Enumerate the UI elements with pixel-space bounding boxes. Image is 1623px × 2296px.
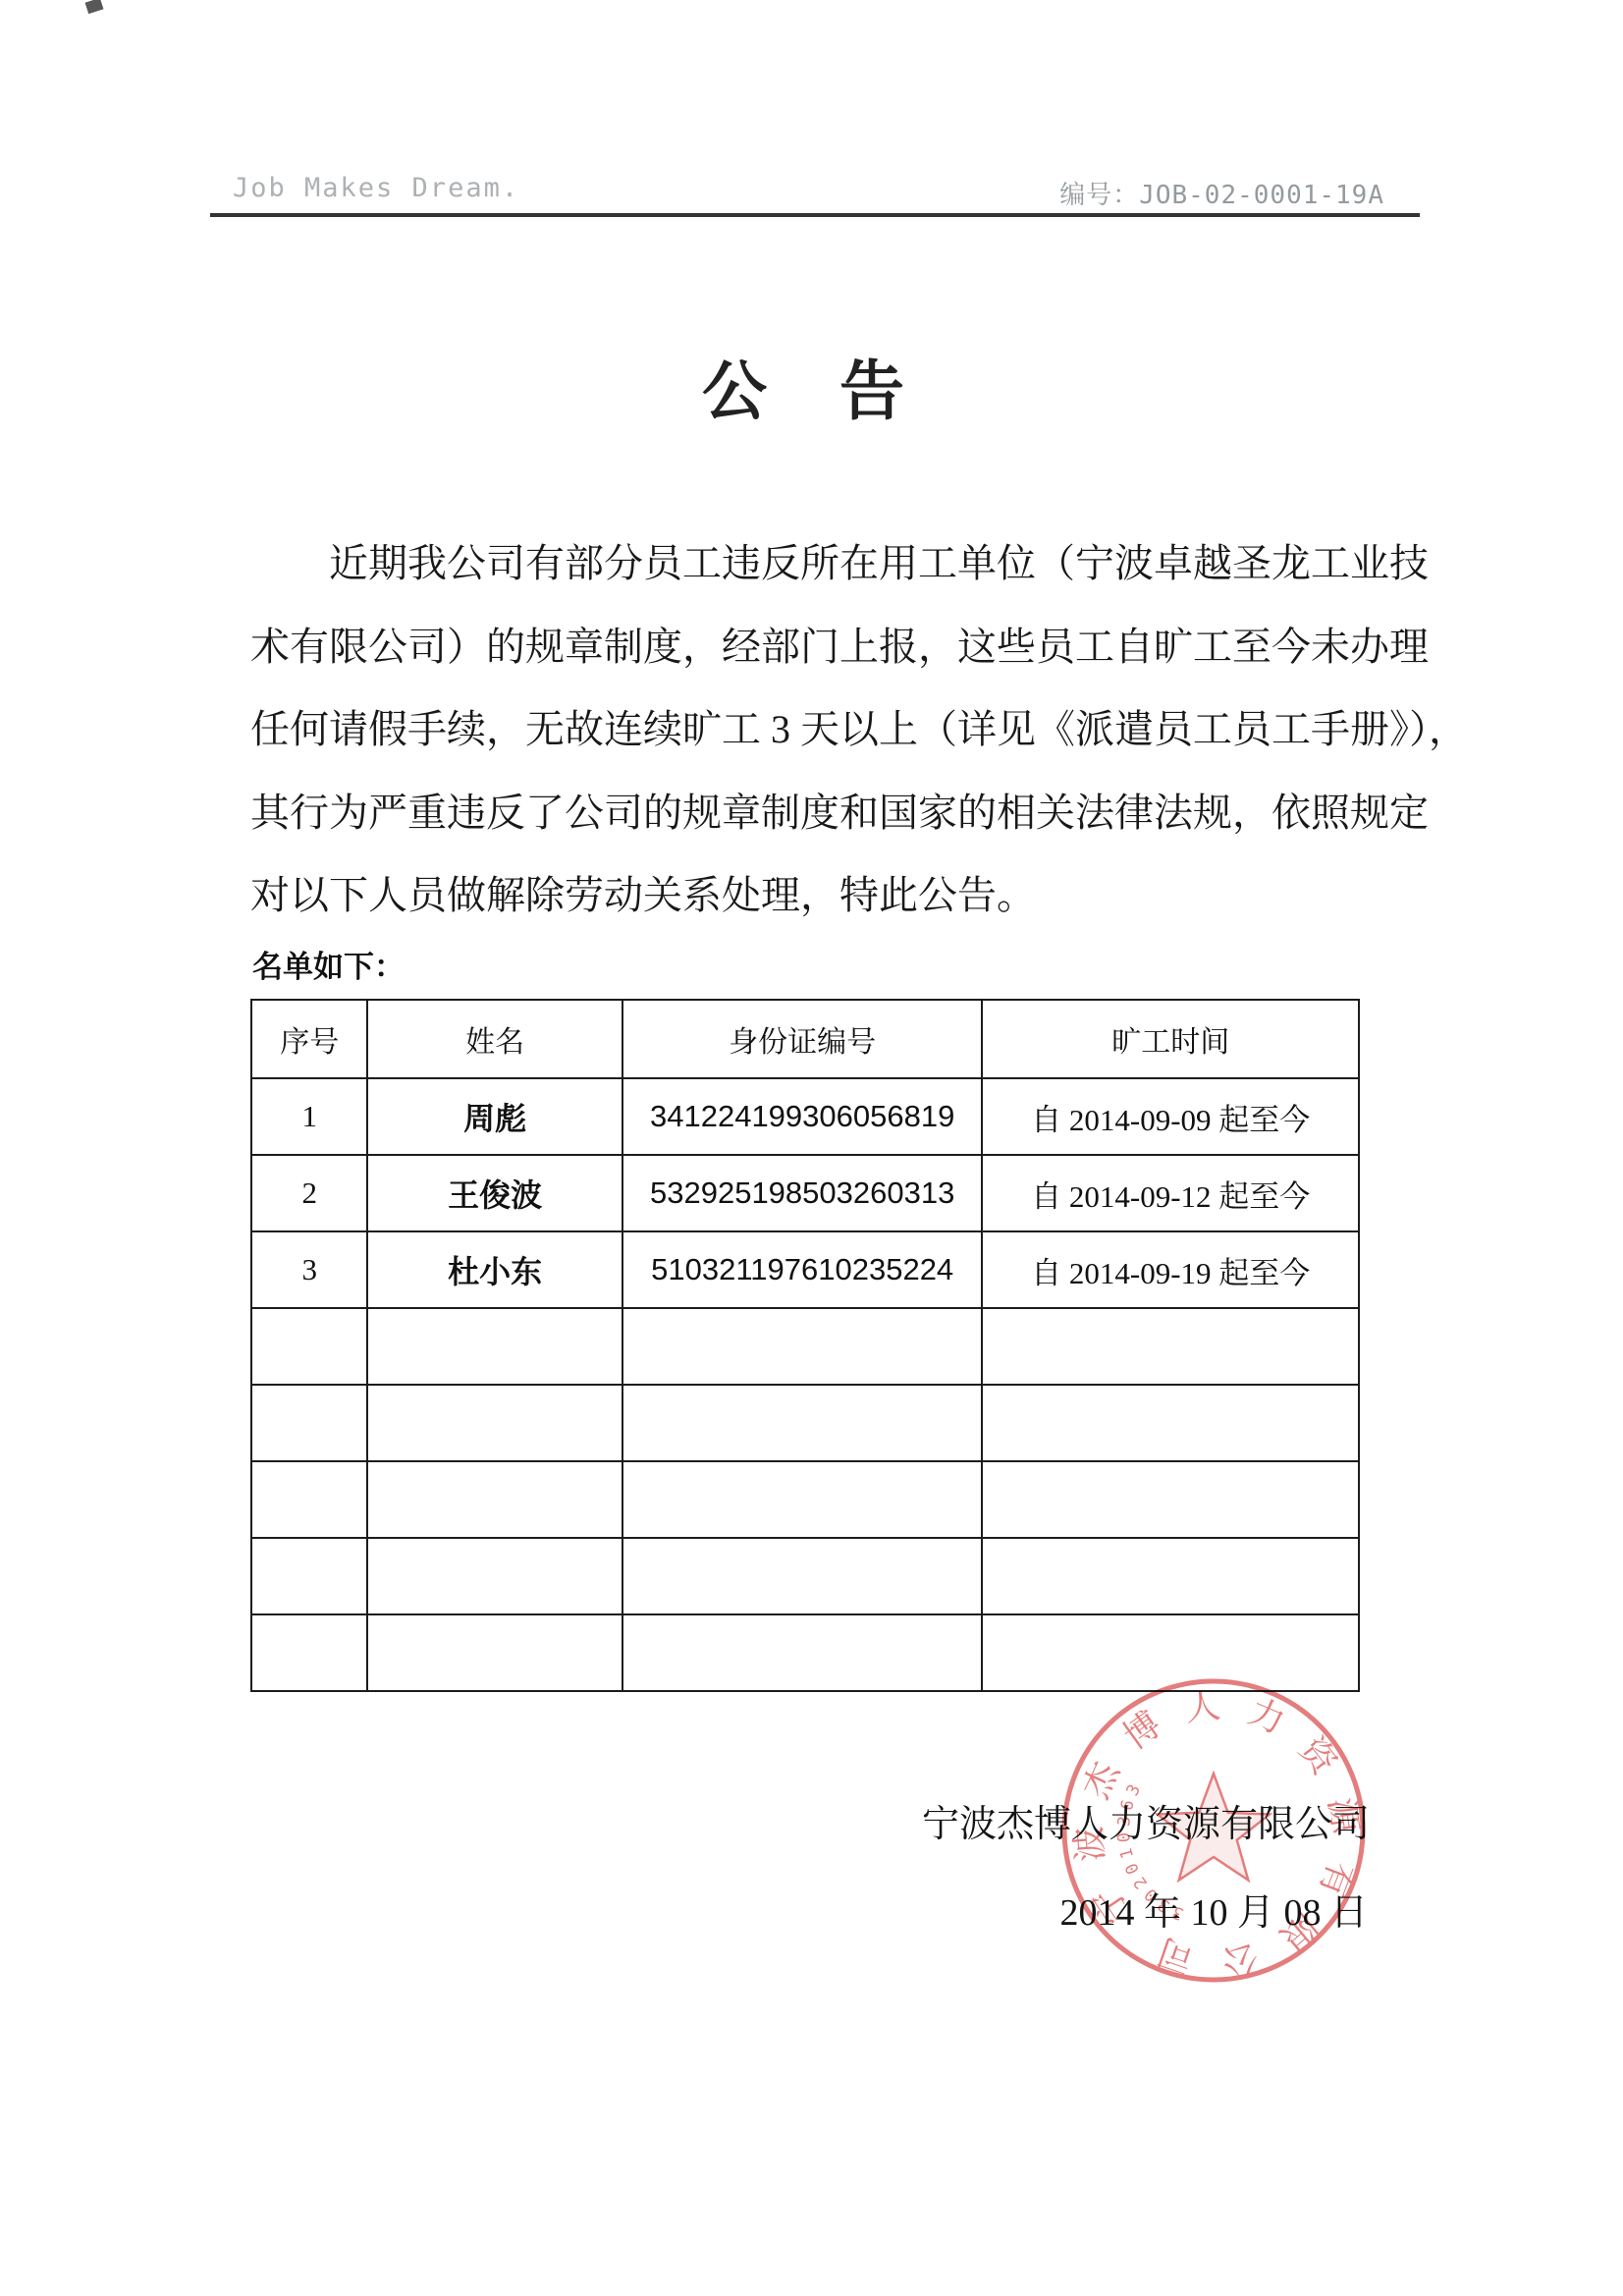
table-cell: 杜小东 [367,1231,622,1308]
body-line: 术有限公司）的规章制度，经部门上报，这些员工自旷工至今未办理 [250,622,1394,681]
empty-table-row [251,1308,1359,1385]
table-cell: 自 2014-09-12 起至今 [982,1155,1359,1231]
empty-table-cell [622,1461,983,1538]
empty-table-cell [982,1385,1359,1461]
col-header-index: 序号 [251,1000,367,1078]
list-label: 名单如下： [252,942,405,986]
empty-table-cell [982,1461,1359,1538]
letterhead-rule [210,213,1420,217]
table-cell: 1 [251,1078,367,1155]
empty-table-cell [982,1538,1359,1614]
empty-table-row [251,1538,1359,1614]
empty-table-cell [367,1385,622,1461]
scanned-notice-page: Job Makes Dream. 编号：JOB-02-0001-19A 公 告 … [0,0,1623,2296]
table-cell: 周彪 [367,1078,622,1155]
document-number: 编号：JOB-02-0001-19A [1059,175,1384,211]
empty-table-cell [251,1614,367,1691]
notice-table-body: 1周彪341224199306056819自 2014-09-09 起至今2王俊… [251,1078,1359,1691]
empty-table-cell [251,1461,367,1538]
table-cell: 2 [251,1155,367,1231]
letterhead-slogan: Job Makes Dream. [233,173,519,203]
body-line: 其行为严重违反了公司的规章制度和国家的相关法律法规，依照规定 [250,788,1394,847]
empty-table-cell [367,1461,622,1538]
empty-table-cell [622,1614,983,1691]
empty-table-cell [251,1385,367,1461]
table-cell: 自 2014-09-19 起至今 [982,1231,1359,1308]
body-line: 近期我公司有部分员工违反所在用工单位（宁波卓越圣龙工业技 [250,538,1394,597]
empty-table-cell [622,1308,983,1385]
empty-table-cell [251,1308,367,1385]
seal-star-icon [1158,1774,1270,1881]
company-seal-stamp: 宁波杰博人力资源有限公司 3302010363 [1047,1664,1380,1997]
empty-table-cell [367,1308,622,1385]
table-cell: 510321197610235224 [622,1231,983,1308]
table-cell: 自 2014-09-09 起至今 [982,1078,1359,1155]
empty-table-cell [367,1538,622,1614]
table-row: 1周彪341224199306056819自 2014-09-09 起至今 [251,1078,1359,1155]
dismissal-table: 序号 姓名 身份证编号 旷工时间 1周彪341224199306056819自 … [250,999,1360,1692]
empty-table-cell [982,1308,1359,1385]
empty-table-cell [622,1385,983,1461]
col-header-absence: 旷工时间 [982,1000,1359,1078]
empty-table-cell [367,1614,622,1691]
empty-table-cell [251,1538,367,1614]
table-header-row: 序号 姓名 身份证编号 旷工时间 [251,1000,1359,1078]
body-line: 对以下人员做解除劳动关系处理，特此公告。 [250,870,1394,929]
scan-artifact [85,0,104,14]
notice-title: 公 告 [250,339,1360,432]
empty-table-cell [622,1538,983,1614]
table-row: 2王俊波532925198503260313自 2014-09-12 起至今 [251,1155,1359,1231]
table-cell: 341224199306056819 [622,1078,983,1155]
col-header-id: 身份证编号 [622,1000,983,1078]
table-row: 3杜小东510321197610235224自 2014-09-19 起至今 [251,1231,1359,1308]
table-cell: 王俊波 [367,1155,622,1231]
col-header-name: 姓名 [367,1000,622,1078]
empty-table-row [251,1461,1359,1538]
empty-table-row [251,1385,1359,1461]
table-cell: 532925198503260313 [622,1155,983,1231]
body-line: 任何请假手续，无故连续旷工 3 天以上（详见《派遣员工员工手册》）， [250,704,1394,763]
table-cell: 3 [251,1231,367,1308]
